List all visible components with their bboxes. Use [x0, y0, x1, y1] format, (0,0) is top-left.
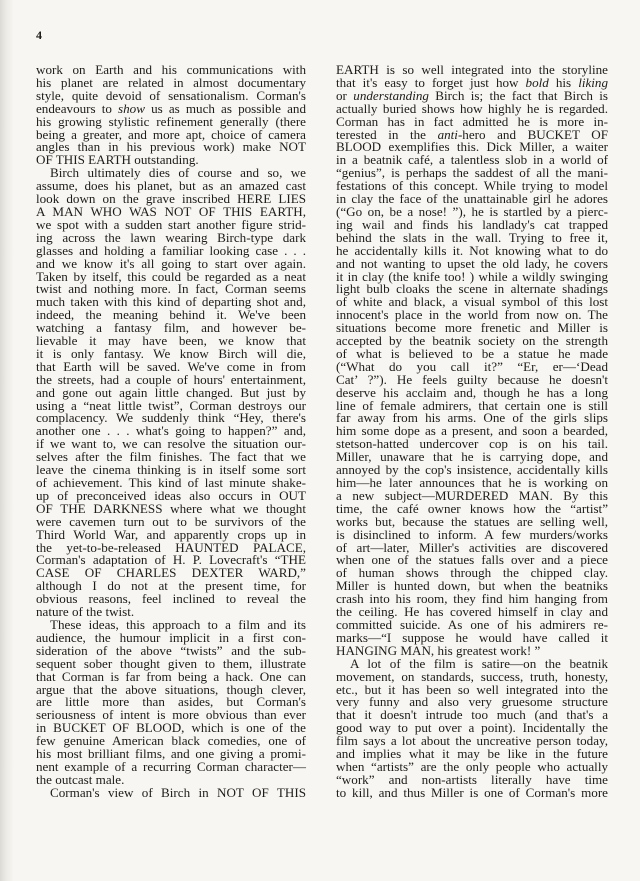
left-text-column: work on Earth and his communications wit…	[36, 64, 306, 800]
text-line: to kill, and thus Miller is one of Corma…	[336, 787, 608, 800]
page-edge-shadow	[0, 0, 14, 881]
text-line: Corman's view of Birch in NOT OF THIS	[36, 787, 306, 800]
right-text-column: EARTH is so well integrated into the sto…	[336, 64, 608, 800]
page-number: 4	[36, 28, 42, 43]
